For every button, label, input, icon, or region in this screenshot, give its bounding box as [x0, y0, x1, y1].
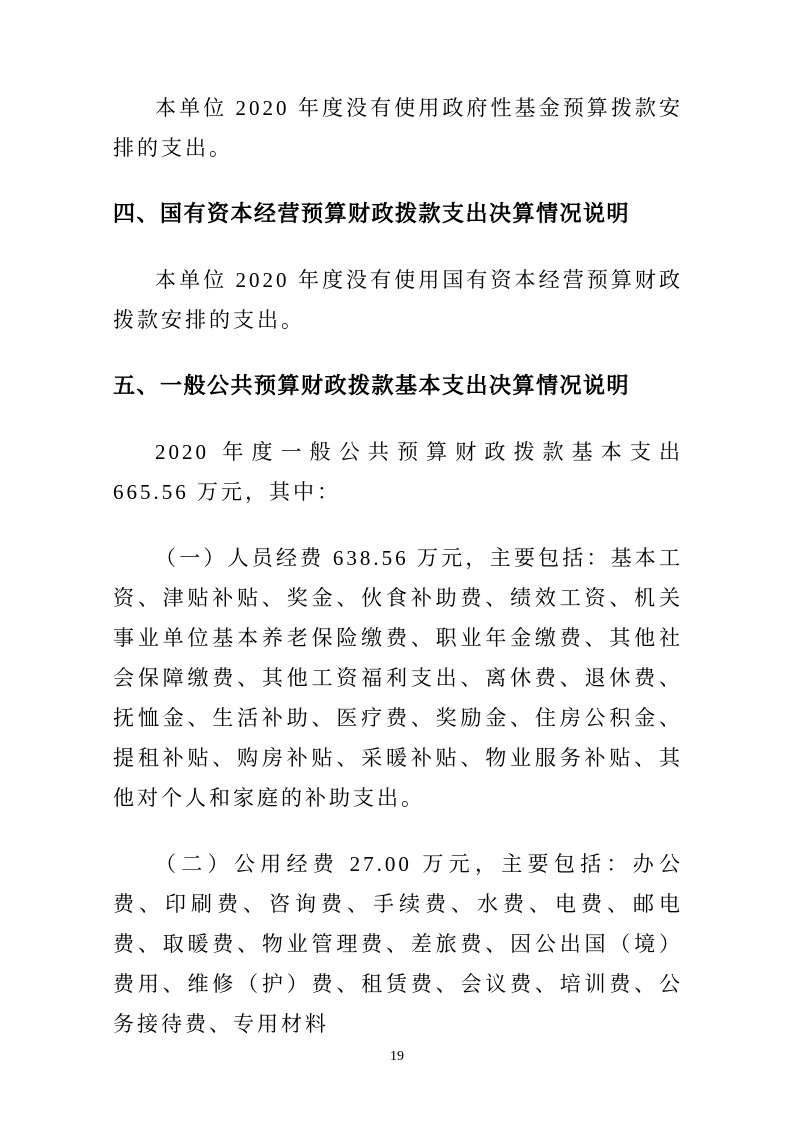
page-number: 19 — [0, 1048, 794, 1066]
paragraph-public-expense: （二）公用经费 27.00 万元，主要包括：办公费、印刷费、咨询费、手续费、水费… — [113, 844, 683, 1044]
document-page: 本单位 2020 年度没有使用政府性基金预算拨款安排的支出。 四、国有资本经营预… — [0, 0, 794, 1122]
paragraph-gov-fund-budget: 本单位 2020 年度没有使用政府性基金预算拨款安排的支出。 — [113, 88, 683, 168]
heading-section-5: 五、一般公共预算财政拨款基本支出决算情况说明 — [113, 366, 683, 406]
paragraph-state-capital-budget: 本单位 2020 年度没有使用国有资本经营预算财政拨款安排的支出。 — [113, 260, 683, 340]
paragraph-basic-expenditure-total: 2020 年度一般公共预算财政拨款基本支出 665.56 万元，其中： — [113, 432, 683, 512]
document-content: 本单位 2020 年度没有使用政府性基金预算拨款安排的支出。 四、国有资本经营预… — [113, 88, 683, 1070]
heading-section-4: 四、国有资本经营预算财政拨款支出决算情况说明 — [113, 194, 683, 234]
paragraph-personnel-expense: （一）人员经费 638.56 万元，主要包括：基本工资、津贴补贴、奖金、伙食补助… — [113, 538, 683, 818]
